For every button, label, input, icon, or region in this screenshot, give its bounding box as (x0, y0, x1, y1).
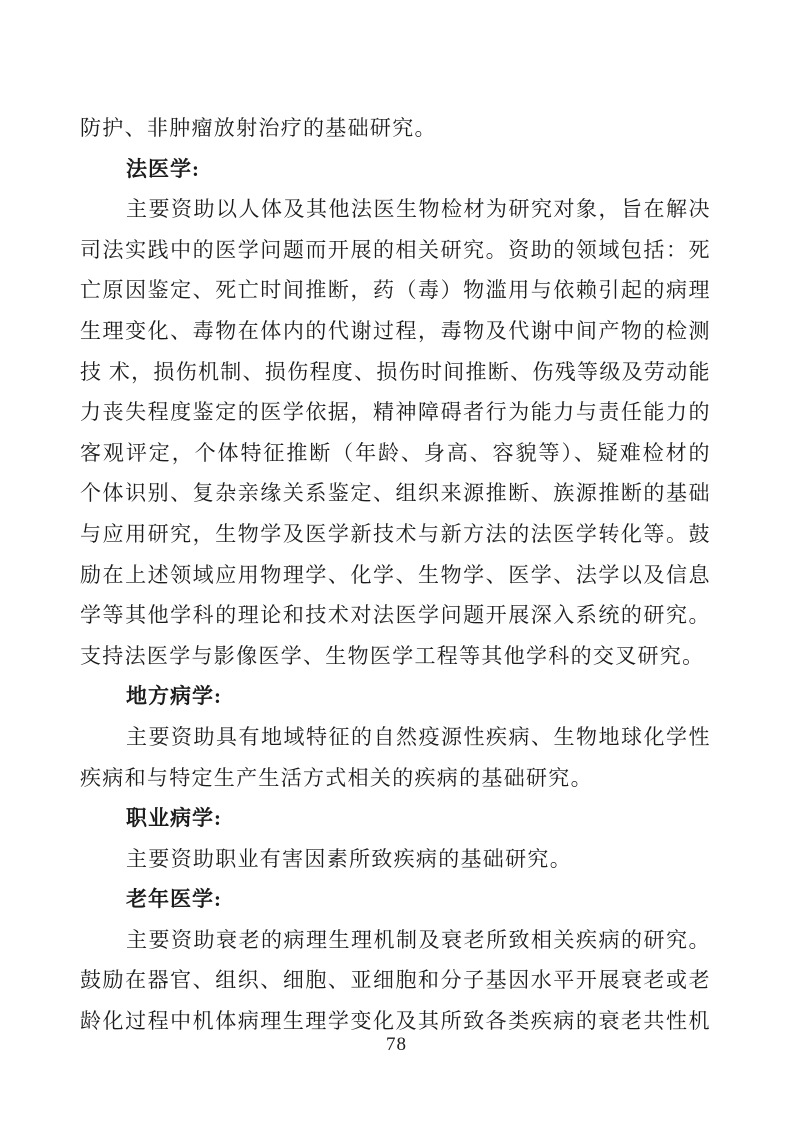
text-line: 支持法医学与影像医学、生物医学工程等其他学科的交叉研究。 (80, 636, 710, 677)
text-line: 学等其他学科的理论和技术对法医学问题开展深入系统的研究。 (80, 595, 710, 636)
page-number: 78 (0, 1034, 793, 1056)
document-page: 防护、非肿瘤放射治疗的基础研究。法医学:主要资助以人体及其他法医生物检材为研究对… (0, 0, 793, 1122)
document-body: 防护、非肿瘤放射治疗的基础研究。法医学:主要资助以人体及其他法医生物检材为研究对… (80, 108, 710, 1042)
text-line: 力丧失程度鉴定的医学依据，精神障碍者行为能力与责任能力的 (80, 392, 710, 433)
text-line: 技 术，损伤机制、损伤程度、损伤时间推断、伤残等级及劳动能 (80, 352, 710, 393)
section-heading: 法医学: (80, 149, 710, 190)
text-line: 主要资助以人体及其他法医生物检材为研究对象，旨在解决 (80, 189, 710, 230)
text-line: 主要资助具有地域特征的自然疫源性疾病、生物地球化学性 (80, 717, 710, 758)
text-line: 主要资助衰老的病理生理机制及衰老所致相关疾病的研究。 (80, 920, 710, 961)
section-heading: 职业病学: (80, 798, 710, 839)
text-line: 疾病和与特定生产生活方式相关的疾病的基础研究。 (80, 758, 710, 799)
text-line: 生理变化、毒物在体内的代谢过程，毒物及代谢中间产物的检测 (80, 311, 710, 352)
text-line: 主要资助职业有害因素所致疾病的基础研究。 (80, 839, 710, 880)
text-line: 与应用研究，生物学及医学新技术与新方法的法医学转化等。鼓 (80, 514, 710, 555)
text-line: 司法实践中的医学问题而开展的相关研究。资助的领域包括：死 (80, 230, 710, 271)
text-line: 鼓励在器官、组织、细胞、亚细胞和分子基因水平开展衰老或老 (80, 960, 710, 1001)
text-line: 客观评定，个体特征推断（年龄、身高、容貌等）、疑难检材的 (80, 433, 710, 474)
text-line: 亡原因鉴定、死亡时间推断，药（毒）物滥用与依赖引起的病理 (80, 270, 710, 311)
text-line: 励在上述领域应用物理学、化学、生物学、医学、法学以及信息 (80, 555, 710, 596)
text-line: 防护、非肿瘤放射治疗的基础研究。 (80, 108, 710, 149)
section-heading: 地方病学: (80, 676, 710, 717)
text-line: 个体识别、复杂亲缘关系鉴定、组织来源推断、族源推断的基础 (80, 473, 710, 514)
section-heading: 老年医学: (80, 879, 710, 920)
